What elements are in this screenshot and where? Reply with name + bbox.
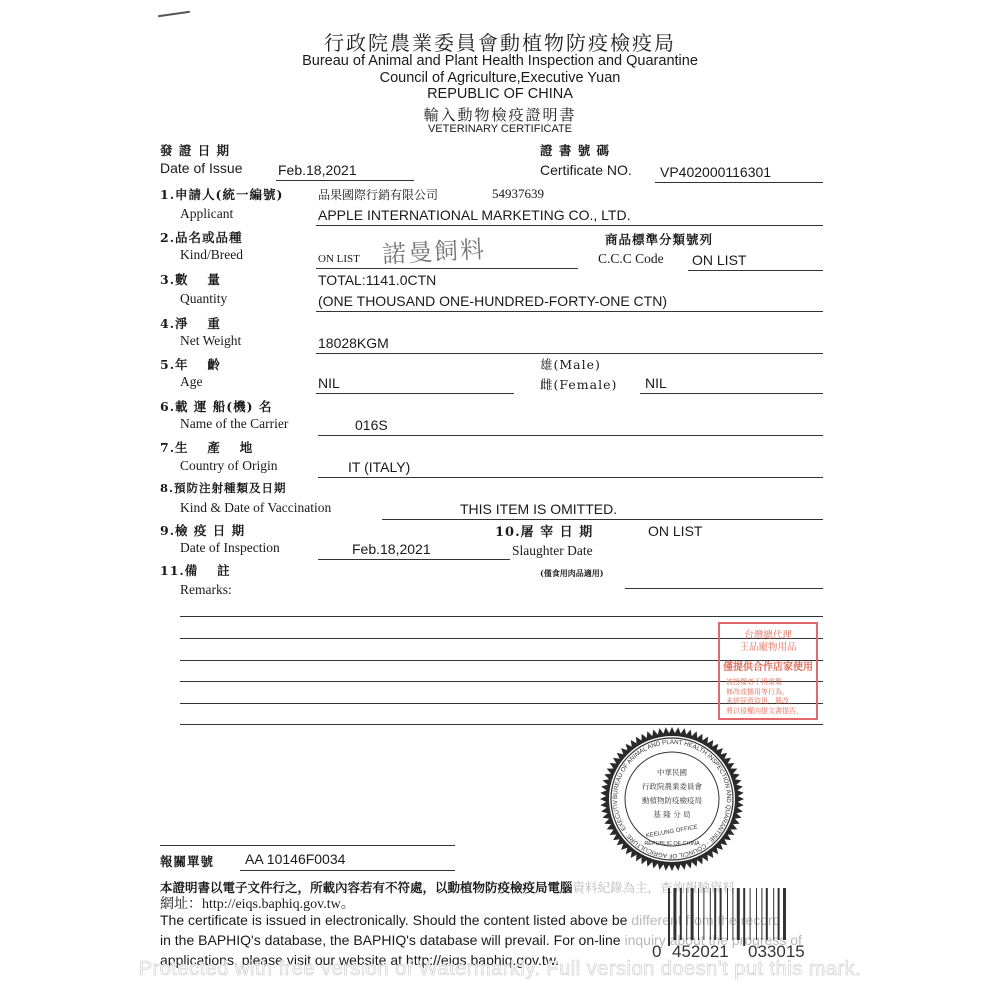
inspection-value: Feb.18,2021 — [352, 541, 431, 557]
applicant-name-zh: 品果國際行銷有限公司 — [318, 186, 438, 203]
applicant-label-zh: 1.申請人(統一編號) — [160, 185, 283, 203]
slaughter-label: Slaughter Date — [512, 543, 593, 559]
sex-value: NIL — [645, 375, 667, 391]
net-weight-value: 18028KGM — [318, 335, 389, 351]
ccc-label: C.C.C Code — [598, 251, 664, 267]
footer-en-line2-main: in the BAPHIQ's database, the BAPHIQ's d… — [160, 932, 621, 948]
footer-zh-url[interactable]: 網址：http://eiqs.baphiq.gov.tw。 — [160, 893, 355, 913]
carrier-label-zh: 6.載 運 船(機) 名 — [160, 397, 272, 415]
origin-label: Country of Origin — [180, 458, 278, 474]
handwritten-kind: 諾曼飼料 — [381, 229, 487, 269]
inspection-label-zh: 9.檢 疫 日 期 — [160, 521, 245, 539]
seal-icon: BUREAU OF ANIMAL AND PLANT HEALTH INSPEC… — [592, 727, 752, 872]
issue-date-value: Feb.18,2021 — [278, 162, 357, 178]
origin-label-zh: 7.生 產 地 — [160, 438, 253, 456]
customs-value: AA 10146F0034 — [245, 851, 345, 867]
stamp-line-1: 台灣總代理 — [720, 630, 816, 642]
issue-date-label: Date of Issue — [160, 160, 243, 176]
slaughter-value: ON LIST — [648, 523, 702, 539]
inspection-label: Date of Inspection — [180, 540, 280, 556]
official-seal: BUREAU OF ANIMAL AND PLANT HEALTH INSPEC… — [592, 727, 752, 872]
customs-label: 報關單號 — [160, 852, 214, 870]
age-value: NIL — [318, 375, 340, 391]
carrier-label: Name of the Carrier — [180, 416, 288, 432]
svg-text:動植物防疫檢疫局: 動植物防疫檢疫局 — [642, 795, 702, 805]
country-title: REPUBLIC OF CHINA — [0, 86, 1000, 102]
remarks-label: Remarks: — [180, 582, 232, 598]
applicant-value: APPLE INTERNATIONAL MARKETING CO., LTD. — [318, 207, 630, 223]
ccc-value: ON LIST — [692, 252, 746, 268]
stamp-line-3: 僅提供合作店家使用 — [720, 658, 816, 673]
age-label-zh: 5.年 齡 — [160, 355, 221, 373]
remarks-label-zh: 11.備 註 — [160, 561, 231, 579]
quantity-label-zh: 3.數 量 — [160, 270, 221, 288]
vaccination-label: Kind & Date of Vaccination — [180, 500, 331, 516]
male-label: 雄(Male) — [540, 355, 601, 373]
footer-en-line1-main: The certificate is issued in electronica… — [160, 912, 627, 928]
stamp-notice-1: 被授權者不得重製 — [726, 678, 816, 688]
stamp-line-2: 王品寵物用品 — [720, 642, 816, 654]
slaughter-label-zh: 10.屠 宰 日 期 — [495, 521, 593, 540]
certificate-no-label-zh: 證 書 號 碼 — [540, 141, 610, 159]
vaccination-value: THIS ITEM IS OMITTED. — [460, 501, 617, 517]
doc-title-zh: 輸入動物檢疫證明書 — [0, 104, 1000, 125]
kind-label-zh: 2.品名或品種 — [160, 228, 243, 246]
svg-text:行政院農業委員會: 行政院農業委員會 — [642, 781, 702, 791]
quantity-label: Quantity — [180, 291, 227, 307]
certificate-no-value: VP402000116301 — [660, 164, 771, 180]
applicant-label: Applicant — [180, 206, 233, 222]
svg-text:基 隆 分 局: 基 隆 分 局 — [653, 809, 690, 819]
doc-title-en: VETERINARY CERTIFICATE — [0, 123, 1000, 135]
stray-mark — [158, 11, 190, 17]
quantity-value: TOTAL:1141.0CTN — [318, 272, 436, 288]
distributor-stamp: 台灣總代理 王品寵物用品 僅提供合作店家使用 被授權者不得重製 修改或挪用等行為… — [718, 622, 818, 720]
vaccination-label-zh: 8.預防注射種類及日期 — [160, 480, 287, 496]
council-title: Council of Agriculture,Executive Yuan — [0, 70, 1000, 86]
age-label: Age — [180, 374, 203, 390]
applicant-tax-id: 54937639 — [492, 186, 544, 202]
carrier-value: 016S — [355, 417, 388, 433]
watermark-text: Protected with free version of Watermark… — [0, 958, 1000, 981]
ccc-label-zh: 商品標準分類號列 — [605, 230, 713, 248]
slaughter-note: (僅食用肉品適用) — [540, 568, 604, 579]
kind-value: ON LIST — [318, 253, 360, 265]
origin-value: IT (ITALY) — [348, 459, 410, 475]
stamp-notice-2: 修改或挪用等行為， — [726, 688, 816, 698]
svg-text:中華民國: 中華民國 — [657, 767, 687, 777]
svg-text:REPUBLIC OF CHINA: REPUBLIC OF CHINA — [644, 841, 700, 847]
female-label: 雌(Female) — [540, 375, 617, 393]
quantity-words: (ONE THOUSAND ONE-HUNDRED-FORTY-ONE CTN) — [318, 293, 667, 309]
barcode-icon — [664, 888, 824, 946]
net-weight-label-zh: 4.淨 重 — [160, 314, 221, 332]
agency-title-en: Bureau of Animal and Plant Health Inspec… — [0, 53, 1000, 69]
stamp-notice-3: 未經同意盜用、篡改， — [726, 697, 816, 707]
kind-label: Kind/Breed — [180, 247, 243, 263]
agency-title-zh: 行政院農業委員會動植物防疫檢疫局 — [0, 27, 1000, 56]
issue-date-label-zh: 發 證 日 期 — [160, 141, 230, 159]
stamp-notice-4: 將以侵權向提文書提告， — [726, 707, 816, 717]
net-weight-label: Net Weight — [180, 333, 241, 349]
certificate-no-label: Certificate NO. — [540, 162, 632, 178]
